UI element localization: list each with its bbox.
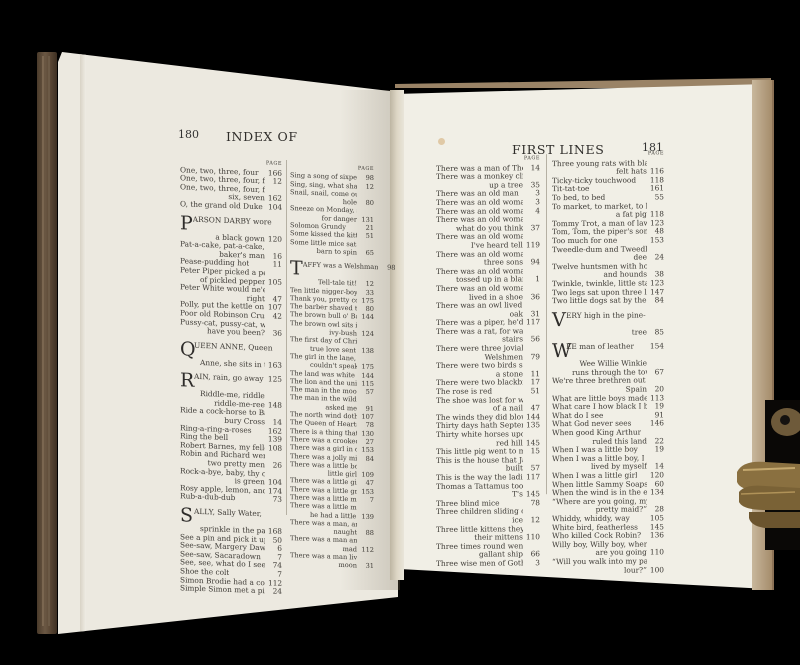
page-column-label: PAGE xyxy=(436,154,540,163)
index-column-right-1: PAGEThere was a man of Thessaly14There w… xyxy=(436,154,540,568)
entry-text: There were two blackbirds xyxy=(436,379,523,388)
column-rule xyxy=(546,154,547,494)
entry-text: ARSON DARBY wore xyxy=(193,215,272,226)
entry-page-number: 84 xyxy=(647,296,664,305)
drop-cap-entry: VERY high in the pine- xyxy=(552,311,664,329)
brass-clasp-icon xyxy=(735,400,800,550)
entry-page-number: 117 xyxy=(523,473,540,482)
entry-page-number: 79 xyxy=(523,353,540,362)
index-entry: ERY high in the pine- xyxy=(566,311,664,320)
entry-page-number xyxy=(647,311,664,320)
entry-text: Tom, Tom, the piper's son xyxy=(552,228,647,237)
entry-text: pretty maid?” xyxy=(552,506,647,515)
entry-page-number: 117 xyxy=(523,319,540,328)
drop-cap-letter: V xyxy=(552,312,566,329)
entry-text: What care I how black I be? xyxy=(552,403,647,412)
drop-cap-letter: W xyxy=(552,343,566,360)
entry-page-number: 19 xyxy=(647,446,664,455)
entry-text: EE man of leather xyxy=(566,343,634,352)
entry-page-number: 15 xyxy=(523,447,540,456)
book-gutter xyxy=(390,90,404,580)
entry-text: What do I see xyxy=(552,412,603,421)
entry-page-number: 134 xyxy=(647,489,664,498)
index-entry: tree85 xyxy=(552,328,664,337)
entry-page-number: 24 xyxy=(265,587,282,596)
index-entry: ALLY, Sally Water, xyxy=(194,508,282,520)
entry-page-number: 119 xyxy=(523,241,540,250)
entry-text: ALLY, Sally Water, xyxy=(194,508,262,519)
entry-page-number: 135 xyxy=(523,422,540,431)
entry-text: Ticky-ticky touchwood xyxy=(552,176,636,185)
drop-cap-entry: WEE man of leather154 xyxy=(552,343,664,361)
entry-page-number: 3 xyxy=(523,559,540,568)
index-column-right-2: PAGEThree young rats with blackfelt hats… xyxy=(552,149,664,575)
entry-page-number: 65 xyxy=(357,248,374,257)
entry-page-number: 110 xyxy=(523,533,540,542)
page-heading-left: INDEX OF xyxy=(226,129,298,144)
entry-page-number: 154 xyxy=(647,343,664,352)
drop-cap-letter: P xyxy=(180,215,193,232)
entry-page-number: 98 xyxy=(378,263,395,272)
drop-cap-letter: T xyxy=(290,260,303,277)
book-spine-cover xyxy=(37,52,57,634)
entry-page-number: 94 xyxy=(523,258,540,267)
entry-text: To bed, to bed xyxy=(552,194,605,203)
column-rule xyxy=(286,160,287,515)
index-entry: lour?”100 xyxy=(552,566,664,575)
entry-page-number: 36 xyxy=(265,329,282,338)
drop-cap-letter: S xyxy=(180,507,194,524)
index-entry: AIN, rain, go away125 xyxy=(194,373,282,385)
drop-cap-letter: R xyxy=(180,373,194,390)
entry-page-number: 56 xyxy=(523,336,540,345)
entry-text: UEEN ANNE, Queen xyxy=(194,341,273,352)
entry-page-number: 55 xyxy=(647,193,664,202)
entry-page-number: 36 xyxy=(523,293,540,302)
index-entry: Two little dogs sat by the fire84 xyxy=(552,296,664,305)
index-column-left-2: PAGESing a song of sixpence98Sing, sing,… xyxy=(290,162,374,571)
entry-page-number: 100 xyxy=(647,566,664,575)
entry-page-number: 85 xyxy=(647,328,664,337)
entry-page-number: 51 xyxy=(523,387,540,396)
index-column-left-1: PAGEOne, two, three, four166One, two, th… xyxy=(180,156,282,596)
entry-page-number: 78 xyxy=(523,499,540,508)
index-entry: Three wise men of Gotham3 xyxy=(436,559,540,568)
entry-page-number: 125 xyxy=(265,376,282,385)
drop-cap-letter: Q xyxy=(180,341,194,358)
entry-page-number: 14 xyxy=(523,164,540,173)
entry-page-number: 110 xyxy=(647,549,664,558)
entry-page-number: 24 xyxy=(647,253,664,262)
entry-text: AIN, rain, go away xyxy=(194,373,264,384)
entry-page-number: 163 xyxy=(265,361,282,370)
foxing-stain xyxy=(438,138,445,145)
entry-page-number: 12 xyxy=(523,516,540,525)
entry-page-number xyxy=(265,510,282,519)
entry-page-number: 31 xyxy=(357,562,374,571)
index-entry: EE man of leather154 xyxy=(566,343,664,352)
entry-page-number: 1 xyxy=(523,276,540,285)
entry-page-number: 153 xyxy=(647,236,664,245)
entry-text: tree xyxy=(552,328,647,337)
entry-text: lour?” xyxy=(552,566,647,575)
entry-text: T's xyxy=(436,491,523,500)
entry-text: Three wise men of Gotham xyxy=(436,559,523,568)
entry-page-number: 73 xyxy=(265,496,282,505)
entry-text: Tit-tat-toe xyxy=(552,185,589,194)
entry-text: ERY high in the pine- xyxy=(566,311,646,320)
entry-page-number: 37 xyxy=(523,224,540,233)
entry-page-number: 136 xyxy=(647,532,664,541)
entry-page-number: 104 xyxy=(265,203,282,212)
entry-text: AFFY was a Welshman xyxy=(303,261,379,272)
page-column-label: PAGE xyxy=(552,149,664,158)
page-number-left: 180 xyxy=(178,128,199,141)
entry-text: The rose is red xyxy=(436,388,492,397)
entry-page-number: 146 xyxy=(647,420,664,429)
entry-text: Two little dogs sat by the fire xyxy=(552,297,647,306)
entry-page-number: 4 xyxy=(523,207,540,216)
entry-page-number: 67 xyxy=(647,368,664,377)
